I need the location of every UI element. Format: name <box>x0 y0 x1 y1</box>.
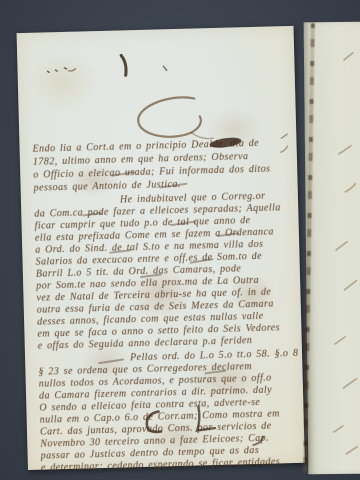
ink-bleed-stroke <box>339 146 351 154</box>
ink-bleed-stroke <box>344 281 356 290</box>
ink-bleed-stroke <box>335 337 345 344</box>
ink-bleed-stroke <box>343 379 356 388</box>
ink-bleed-stroke <box>344 53 353 60</box>
manuscript-photo: Endo lia a Cort.a em o principio Dealde.… <box>0 0 360 480</box>
manuscript-page: Endo lia a Cort.a em o principio Dealde.… <box>17 26 305 470</box>
ink-bleed-stroke <box>345 184 355 192</box>
paragraph-3: Pellas ord. do L.o 5.o tt.o 58. §.o 87 e… <box>38 348 301 475</box>
manuscript-text: Endo lia a Cort.a em o principio Dealde.… <box>30 26 301 475</box>
ink-bleed-stroke <box>334 426 343 432</box>
ink-bleed-stroke <box>336 242 347 250</box>
paragraph-2: He indubitavel que o Correg.or da Com.ca… <box>34 190 298 353</box>
ink-bleed-stroke <box>346 447 357 454</box>
paragraph-1: Endo lia a Cort.a em o principio Dealde.… <box>32 136 293 195</box>
